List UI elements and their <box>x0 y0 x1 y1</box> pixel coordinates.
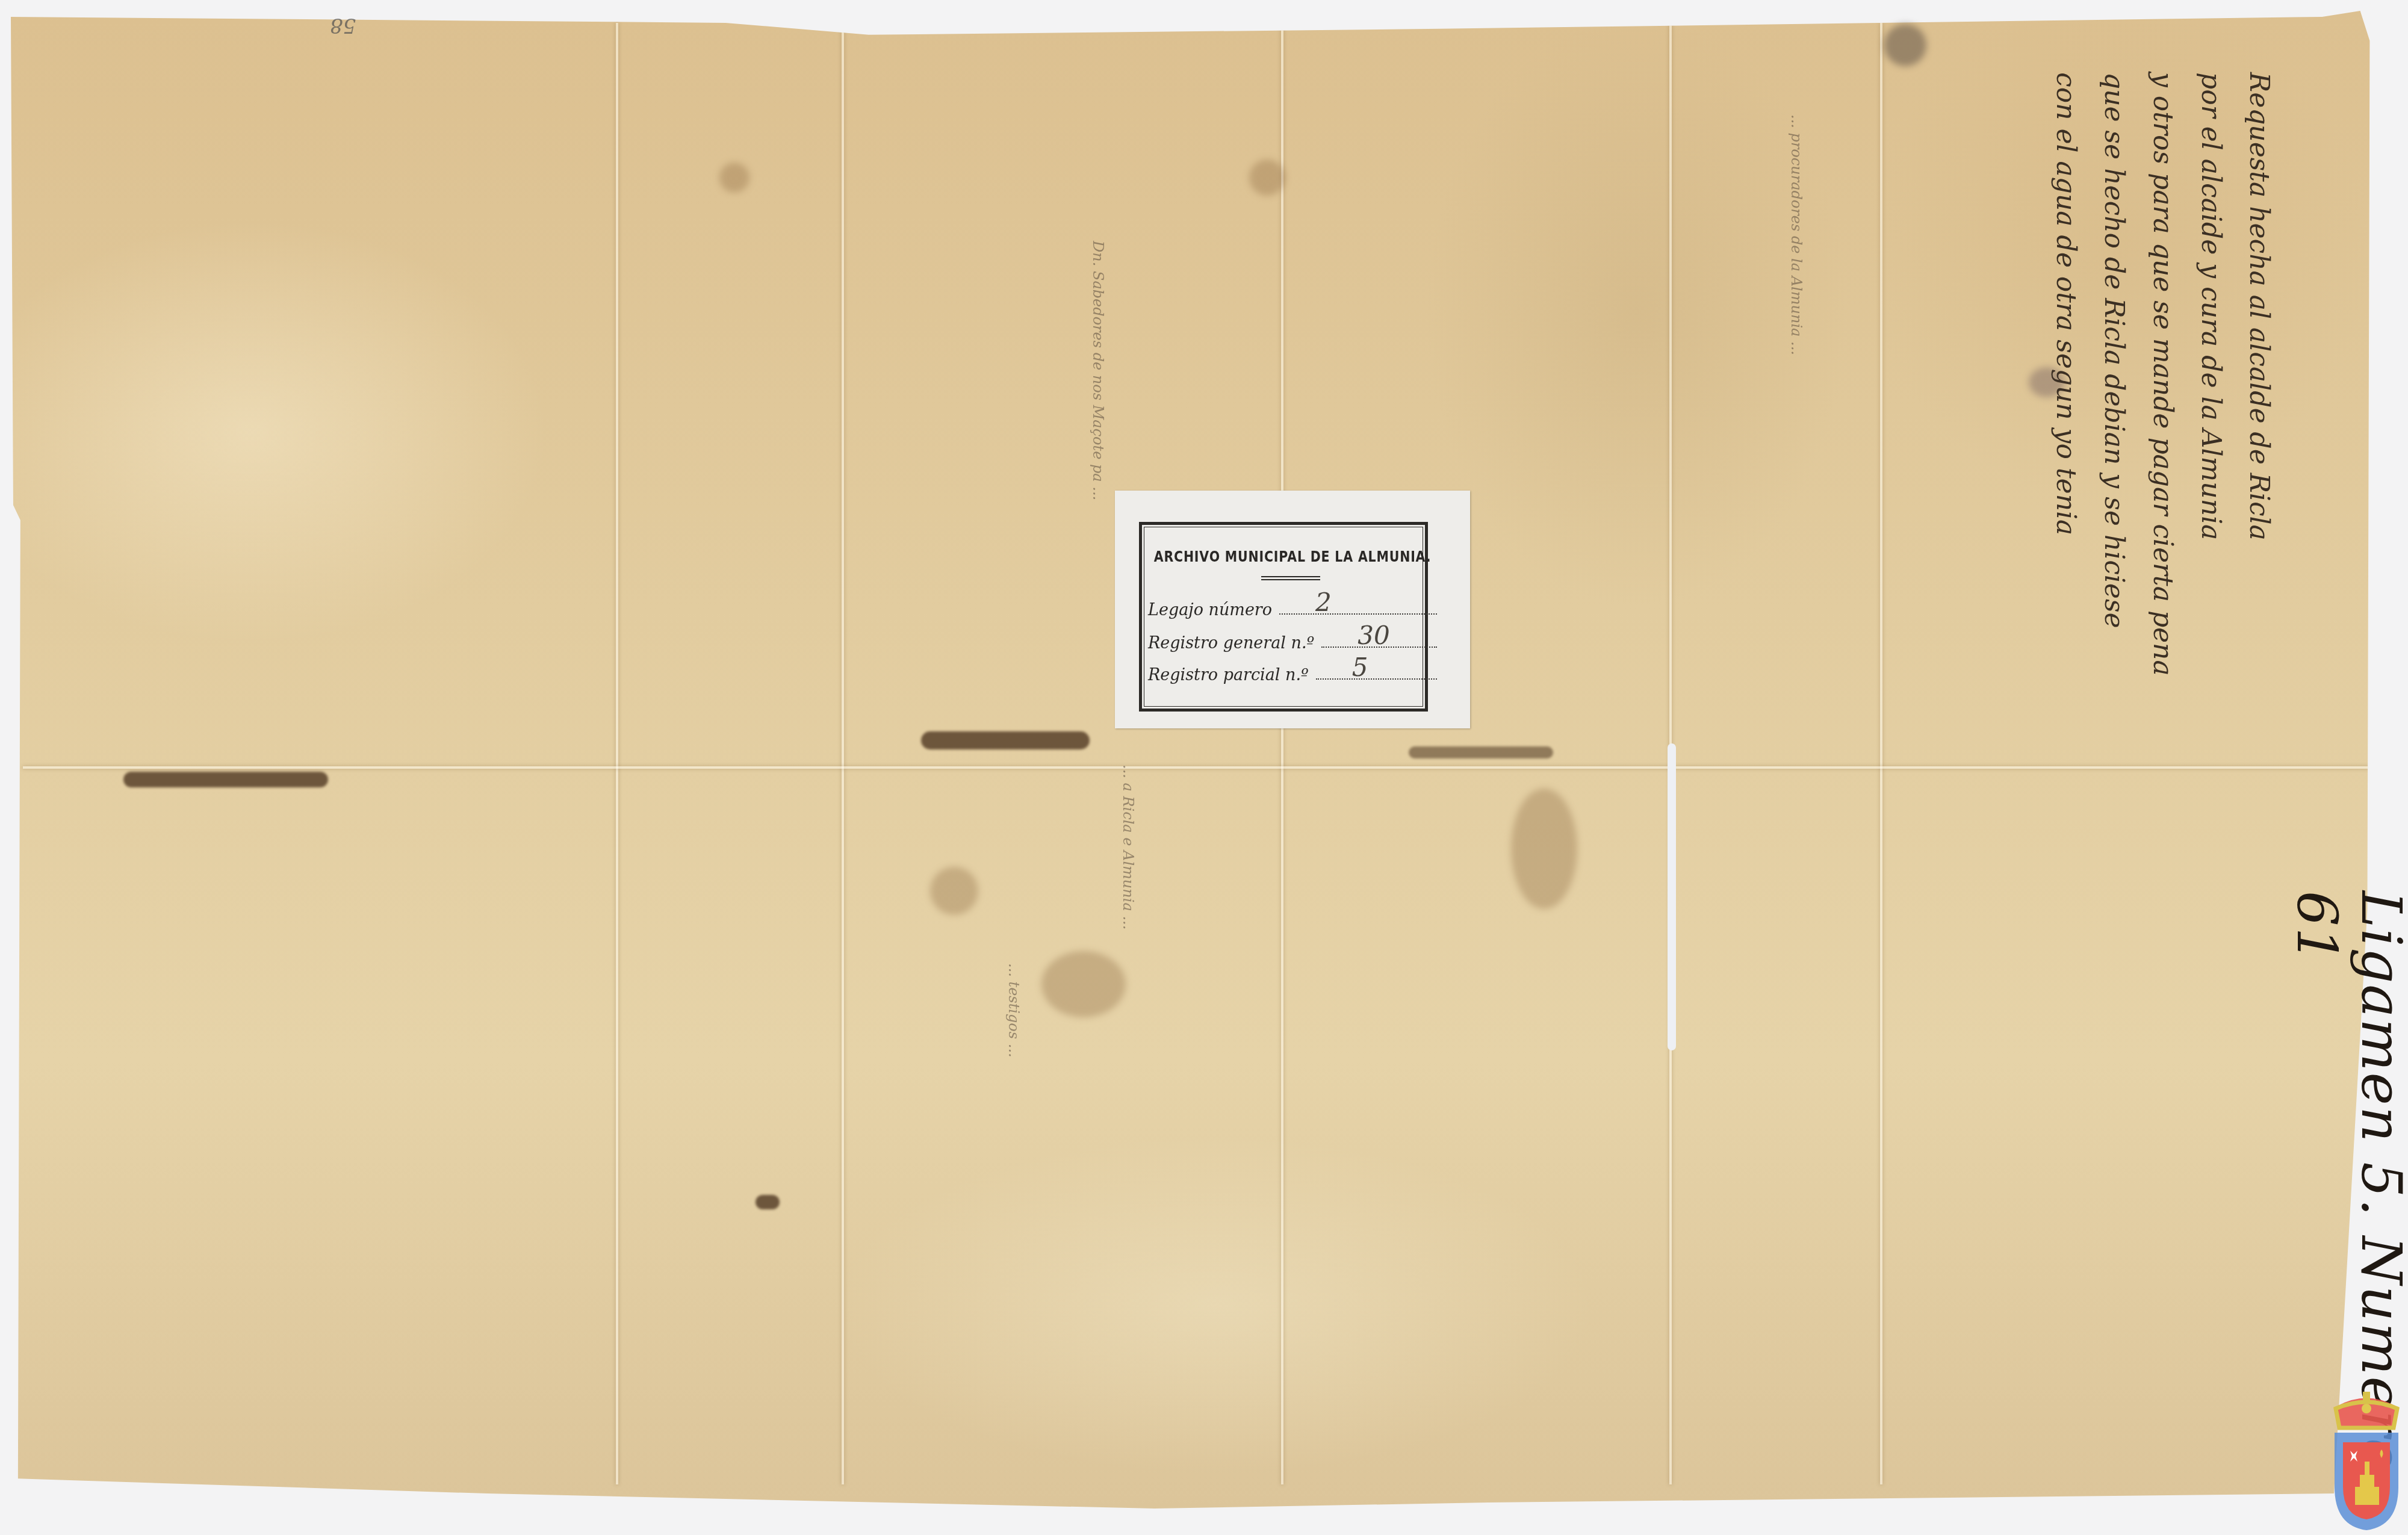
label-rule <box>1261 579 1320 580</box>
label-field-legajo: Legajo número 2 <box>1148 593 1437 619</box>
pencil-number: 58 <box>330 13 356 37</box>
stain <box>1041 951 1126 1017</box>
fold-line <box>616 23 618 1484</box>
stain <box>719 163 749 193</box>
faint-text-column: ... testigos ... <box>999 963 1027 1385</box>
stain <box>930 867 978 915</box>
tear <box>1668 743 1676 1050</box>
ink-stain <box>921 731 1090 749</box>
faint-text-column: ... a Ricla e Almunia ... <box>1114 764 1141 1366</box>
parchment-sheet <box>11 11 2394 1509</box>
stain <box>1511 789 1577 909</box>
faint-text-column: ... procuradores de la Almunia ... <box>1782 114 1810 716</box>
municipal-crest-icon <box>2331 1391 2402 1532</box>
ink-stain <box>1409 746 1553 758</box>
fold-line <box>23 766 2369 769</box>
ink-stain <box>756 1195 780 1209</box>
label-field-registro-parcial: Registro parcial n.º 5 <box>1148 658 1437 684</box>
label-rule <box>1261 576 1320 577</box>
label-title: ARCHIVO MUNICIPAL DE LA ALMUNIA. <box>1147 548 1438 565</box>
stain <box>1249 160 1285 196</box>
fold-line <box>1880 23 1882 1484</box>
stain <box>1884 24 1926 66</box>
faint-text-column: Dn. Sabedores de nos Maçote pa ... <box>1084 241 1111 873</box>
archive-label: ARCHIVO MUNICIPAL DE LA ALMUNIA. Legajo … <box>1115 491 1470 728</box>
ink-stain <box>123 772 328 787</box>
fold-line <box>842 23 844 1484</box>
endorsement-text: Requesta hecha al alcalde de Ricla por e… <box>2038 72 2279 855</box>
fold-line <box>1281 23 1283 1484</box>
label-field-registro-general: Registro general n.º 30 <box>1148 626 1437 653</box>
